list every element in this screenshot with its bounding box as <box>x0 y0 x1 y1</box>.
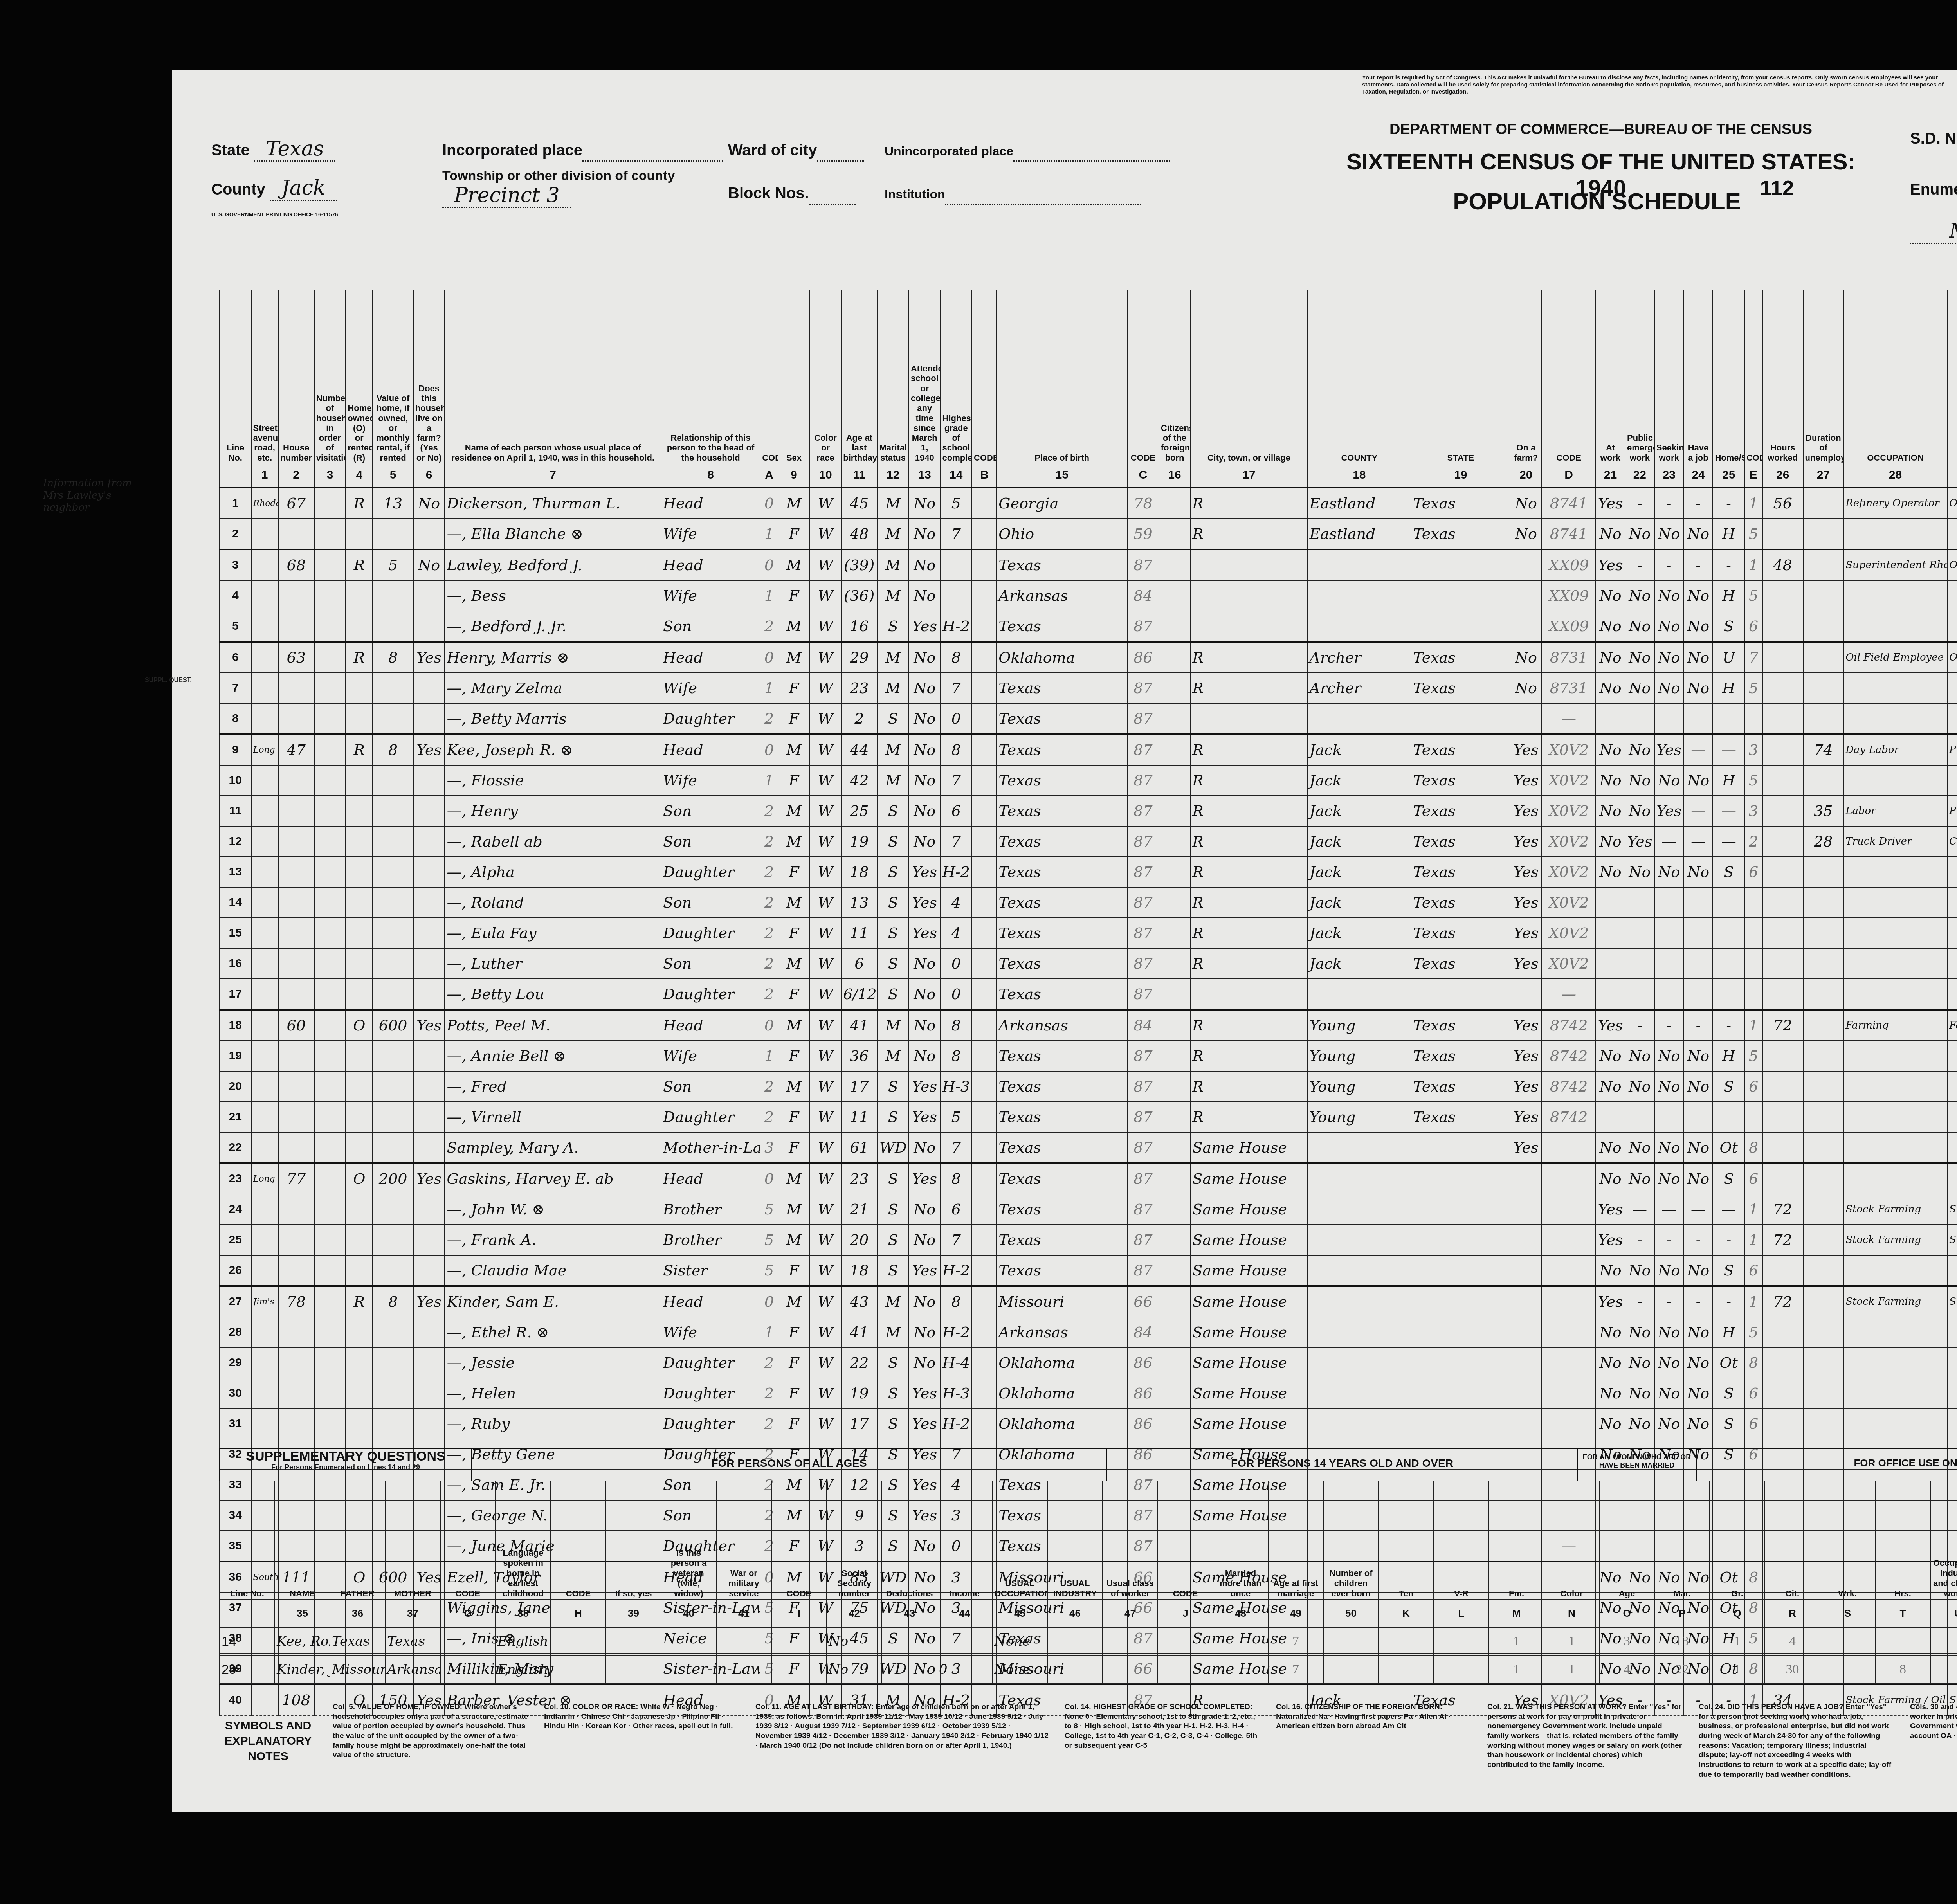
supp-cell-c47 <box>1103 1655 1158 1684</box>
supp-column-header: Color <box>1544 1481 1599 1599</box>
cell-rel: Daughter <box>661 1409 760 1439</box>
schedule-title: POPULATION SCHEDULE <box>1362 188 1832 215</box>
cell-mar: S <box>877 611 909 642</box>
cell-cit <box>1159 1102 1191 1132</box>
cell-dur <box>1803 1071 1844 1102</box>
cell-pub: Yes <box>1625 826 1654 857</box>
census-row: 23Long Hollow Road77O200YesGaskins, Harv… <box>220 1163 1957 1194</box>
cell-grade: H-3 <box>941 1378 972 1409</box>
cell-birth: Texas <box>997 857 1127 887</box>
cell-code: 1 <box>760 519 778 549</box>
cell-code: 2 <box>760 857 778 887</box>
township-field: Township or other division of county Pre… <box>442 168 677 207</box>
cell-seek: No <box>1654 1132 1684 1163</box>
cell-name: —, Fred <box>445 1071 661 1102</box>
cell-race: W <box>810 887 842 918</box>
cell-w: No <box>1596 519 1625 549</box>
cell-visit <box>278 1041 314 1071</box>
cell-ccode: 87 <box>1127 857 1159 887</box>
supp-office-cell <box>1213 1627 1268 1655</box>
cell-visit <box>278 857 314 887</box>
cell-county: Archer <box>1308 673 1411 703</box>
supp-column-header: USUAL INDUSTRY <box>1047 1481 1103 1599</box>
cell-w <box>1596 948 1625 979</box>
cell-race: W <box>810 918 842 948</box>
cell-job <box>1684 918 1713 948</box>
cell-name: Gaskins, Harvey E. ab <box>445 1163 661 1194</box>
cell-oth <box>1713 1102 1744 1132</box>
cell-state: Texas <box>1411 734 1510 765</box>
cell-pub: No <box>1625 1378 1654 1409</box>
supp-cell-lang: English <box>496 1627 551 1655</box>
cell-age: 29 <box>841 642 877 673</box>
cell-age: 11 <box>841 918 877 948</box>
cell-oth: S <box>1713 1255 1744 1286</box>
cell-street <box>251 918 278 948</box>
cell-dcode: XX09 <box>1542 580 1596 611</box>
cell-mar: M <box>877 1010 909 1041</box>
cell-sch: Yes <box>909 611 941 642</box>
cell-w <box>1596 703 1625 734</box>
cell-hrs <box>1762 887 1803 918</box>
cell-age: 23 <box>841 1163 877 1194</box>
cell-ind <box>1947 918 1957 948</box>
cell-mar: S <box>877 1071 909 1102</box>
unincorporated-field: Unincorporated place <box>885 137 1170 160</box>
cell-cit <box>1159 1041 1191 1071</box>
cell-county: Jack <box>1308 948 1411 979</box>
column-header: CODE <box>1127 290 1159 463</box>
column-header: Line No. <box>220 290 251 463</box>
cell-farm: Yes <box>413 1286 445 1317</box>
cell-farm <box>413 1347 445 1378</box>
cell-ind: Public <box>1947 796 1957 826</box>
cell-seek <box>1654 887 1684 918</box>
cell-dcode: 8731 <box>1542 673 1596 703</box>
cell-pub: No <box>1625 796 1654 826</box>
column-number: 4 <box>346 463 373 488</box>
column-number: 5 <box>373 463 413 488</box>
cell-age: 61 <box>841 1132 877 1163</box>
cell-name: Kinder, Sam E. <box>445 1286 661 1317</box>
cell-job: No <box>1684 1409 1713 1439</box>
cell-value <box>373 1255 413 1286</box>
cell-ind <box>1947 1255 1957 1286</box>
cell-w: Yes <box>1596 488 1625 519</box>
cell-oth <box>1713 979 1744 1010</box>
cell-sex: F <box>778 1041 810 1071</box>
cell-f35 <box>1510 580 1542 611</box>
cell-code: 2 <box>760 1071 778 1102</box>
supp-column-number: M <box>1489 1599 1544 1627</box>
supp-column-header: Line No. <box>220 1481 275 1599</box>
cell-value <box>373 796 413 826</box>
cell-dur <box>1803 979 1844 1010</box>
supp-cell-c41 <box>716 1655 771 1684</box>
cell-w: No <box>1596 765 1625 796</box>
column-number <box>220 463 251 488</box>
cell-rel: Head <box>661 549 760 580</box>
cell-county <box>1308 611 1411 642</box>
all-ages-header: FOR PERSONS OF ALL AGES <box>471 1449 1106 1481</box>
cell-line: 22 <box>220 1132 251 1163</box>
cell-county: Jack <box>1308 857 1411 887</box>
cell-dur <box>1803 673 1844 703</box>
cell-sex: F <box>778 519 810 549</box>
cell-rel: Wife <box>661 1317 760 1347</box>
column-header: Number of household in order of visitati… <box>314 290 346 463</box>
cell-farm: Yes <box>413 734 445 765</box>
cell-value <box>373 703 413 734</box>
cell-name: —, John W. ⊗ <box>445 1194 661 1225</box>
cell-line: 2 <box>220 519 251 549</box>
cell-farm <box>413 1194 445 1225</box>
cell-f35: No <box>1510 642 1542 673</box>
cell-seek: No <box>1654 857 1684 887</box>
column-number: 17 <box>1190 463 1307 488</box>
cell-visit <box>278 1071 314 1102</box>
cell-f35: Yes <box>1510 765 1542 796</box>
cell-own <box>346 519 373 549</box>
supp-cell-father: Missouri <box>330 1655 385 1684</box>
census-row: 16—, LutherSon2MW6SNo0Texas87RJackTexasY… <box>220 948 1957 979</box>
cell-bcode <box>972 1163 997 1194</box>
cell-name: Kee, Joseph R. ⊗ <box>445 734 661 765</box>
cell-cit <box>1159 979 1191 1010</box>
cell-own <box>346 1317 373 1347</box>
supp-column-header: CODE <box>440 1481 496 1599</box>
cell-value <box>373 1378 413 1409</box>
cell-city: R <box>1190 918 1307 948</box>
cell-farm: Yes <box>413 1010 445 1041</box>
supp-cell-c44 <box>937 1627 992 1655</box>
cell-farm <box>413 918 445 948</box>
cell-ind <box>1947 1347 1957 1378</box>
cell-visit2 <box>314 918 346 948</box>
cell-rel: Daughter <box>661 1347 760 1378</box>
cell-ind <box>1947 948 1957 979</box>
cell-state <box>1411 1409 1510 1439</box>
cell-state: Texas <box>1411 796 1510 826</box>
cell-job <box>1684 887 1713 918</box>
column-header: Home owned (O) or rented (R) <box>346 290 373 463</box>
cell-line: 28 <box>220 1317 251 1347</box>
cell-name: —, Mary Zelma <box>445 673 661 703</box>
cell-age: 23 <box>841 673 877 703</box>
supp-column-number: 37 <box>385 1599 440 1627</box>
cell-pub: — <box>1625 1194 1654 1225</box>
cell-bcode <box>972 948 997 979</box>
cell-sch: No <box>909 488 941 519</box>
cell-name: Lawley, Bedford J. <box>445 549 661 580</box>
cell-w: No <box>1596 796 1625 826</box>
cell-f35: Yes <box>1510 796 1542 826</box>
cell-w: No <box>1596 1255 1625 1286</box>
cell-ind: Public <box>1947 734 1957 765</box>
cell-sch: Yes <box>909 1409 941 1439</box>
cell-f35 <box>1510 1225 1542 1255</box>
supp-cell-ind <box>1047 1655 1103 1684</box>
cell-mar: M <box>877 642 909 673</box>
cell-value <box>373 673 413 703</box>
supp-column-number: 46 <box>1047 1599 1103 1627</box>
supp-column-header: Married more than once <box>1213 1481 1268 1599</box>
cell-state: Texas <box>1411 826 1510 857</box>
cell-bcode <box>972 1132 997 1163</box>
cell-birth: Oklahoma <box>997 1409 1127 1439</box>
cell-job <box>1684 979 1713 1010</box>
column-number: 13 <box>909 463 941 488</box>
cell-w: No <box>1596 673 1625 703</box>
cell-age: 13 <box>841 887 877 918</box>
cell-sch: No <box>909 1132 941 1163</box>
cell-ccode: 87 <box>1127 1071 1159 1102</box>
cell-grade: 7 <box>941 519 972 549</box>
cell-job: No <box>1684 1255 1713 1286</box>
cell-county <box>1308 549 1411 580</box>
cell-hrs <box>1762 1071 1803 1102</box>
supp-office-cell: 1 <box>1489 1627 1544 1655</box>
cell-seek: — <box>1654 1194 1684 1225</box>
cell-code: 2 <box>760 1347 778 1378</box>
supp-column-header: Fm. <box>1489 1481 1544 1599</box>
cell-occ <box>1843 1163 1947 1194</box>
column-number: 9 <box>778 463 810 488</box>
column-header: INDUSTRY <box>1947 290 1957 463</box>
supp-cell-c39 <box>606 1627 661 1655</box>
cell-mar: S <box>877 1225 909 1255</box>
cell-sch: No <box>909 1347 941 1378</box>
cell-cit <box>1159 948 1191 979</box>
cell-f35 <box>1510 1378 1542 1409</box>
supp-office-cell <box>1323 1627 1379 1655</box>
column-header: Does this household live on a farm? (Yes… <box>413 290 445 463</box>
cell-mar: M <box>877 549 909 580</box>
supp-column-number: I <box>771 1599 827 1627</box>
cell-code: 0 <box>760 1286 778 1317</box>
column-header: Citizenship of the foreign born <box>1159 290 1191 463</box>
census-row: 17—, Betty LouDaughter2FW6/12SNo0Texas87… <box>220 979 1957 1010</box>
cell-cit <box>1159 1317 1191 1347</box>
cell-dur <box>1803 948 1844 979</box>
cell-line: 8 <box>220 703 251 734</box>
cell-birth: Texas <box>997 1255 1127 1286</box>
cell-sex: M <box>778 642 810 673</box>
cell-oth <box>1713 918 1744 948</box>
cell-own <box>346 796 373 826</box>
cell-state: Texas <box>1411 519 1510 549</box>
cell-line: 24 <box>220 1194 251 1225</box>
cell-grade: 7 <box>941 826 972 857</box>
cell-sch: No <box>909 642 941 673</box>
column-number: 1 <box>251 463 278 488</box>
cell-bcode <box>972 1225 997 1255</box>
cell-sch: No <box>909 1225 941 1255</box>
state-field: State Texas <box>211 137 335 160</box>
cell-pub: No <box>1625 580 1654 611</box>
cell-ccode: 86 <box>1127 1378 1159 1409</box>
cell-county <box>1308 703 1411 734</box>
cell-dcode <box>1542 1378 1596 1409</box>
cell-ecode: 2 <box>1744 826 1762 857</box>
cell-farm <box>413 1225 445 1255</box>
cell-rel: Mother-in-Law <box>661 1132 760 1163</box>
cell-ecode <box>1744 918 1762 948</box>
cell-cit <box>1159 1132 1191 1163</box>
enumerated-field: Enumerated by me on April 23-26, 1940. <box>1910 176 1957 200</box>
cell-f35: Yes <box>1510 1132 1542 1163</box>
cell-street <box>251 1194 278 1225</box>
cell-occ: Farming <box>1843 1010 1947 1041</box>
column-header: Home/School/Unable/Other <box>1713 290 1744 463</box>
cell-farm <box>413 765 445 796</box>
cell-job <box>1684 703 1713 734</box>
cell-mar: M <box>877 673 909 703</box>
cell-bcode <box>972 1071 997 1102</box>
cell-state: Texas <box>1411 948 1510 979</box>
column-header: Place of birth <box>997 290 1127 463</box>
cell-f35 <box>1510 1194 1542 1225</box>
cell-value <box>373 1194 413 1225</box>
cell-occ: Stock Farming <box>1843 1225 1947 1255</box>
cell-name: —, Flossie <box>445 765 661 796</box>
cell-rel: Son <box>661 887 760 918</box>
cell-value: 8 <box>373 734 413 765</box>
census-row: 1860O600YesPotts, Peel M.Head0MW41MNo8Ar… <box>220 1010 1957 1041</box>
census-row: 11—, HenrySon2MW25SNo6Texas87RJackTexasY… <box>220 796 1957 826</box>
cell-dur <box>1803 887 1844 918</box>
cell-occ <box>1843 1071 1947 1102</box>
supp-column-number: 38 <box>496 1599 551 1627</box>
cell-birth: Texas <box>997 1132 1127 1163</box>
column-number: 12 <box>877 463 909 488</box>
cell-city: Same House <box>1190 1378 1307 1409</box>
cell-mar: S <box>877 1378 909 1409</box>
cell-street <box>251 611 278 642</box>
cell-name: —, Henry <box>445 796 661 826</box>
cell-ecode <box>1744 948 1762 979</box>
cell-ccode: 86 <box>1127 1409 1159 1439</box>
cell-ccode: 87 <box>1127 826 1159 857</box>
cell-cit <box>1159 796 1191 826</box>
cell-ccode: 87 <box>1127 765 1159 796</box>
cell-name: —, Eula Fay <box>445 918 661 948</box>
cell-f35: No <box>1510 519 1542 549</box>
supp-column-number: 44 <box>937 1599 992 1627</box>
supp-column-header: Age at first marriage <box>1268 1481 1323 1599</box>
cell-job: - <box>1684 488 1713 519</box>
incorporated-place-field: Incorporated place <box>442 137 723 160</box>
supp-office-cell: 1 <box>1544 1655 1599 1684</box>
county-field: County Jack <box>211 176 337 200</box>
cell-job: - <box>1684 1286 1713 1317</box>
cell-line: 4 <box>220 580 251 611</box>
cell-rel: Head <box>661 642 760 673</box>
cell-pub: No <box>1625 1132 1654 1163</box>
cell-dur <box>1803 1041 1844 1071</box>
supp-office-cell <box>1213 1655 1268 1684</box>
cell-line: 12 <box>220 826 251 857</box>
cell-line: 13 <box>220 857 251 887</box>
cell-ecode: 3 <box>1744 734 1762 765</box>
cell-sch: Yes <box>909 918 941 948</box>
cell-visit2 <box>314 948 346 979</box>
supp-column-header: V-R <box>1434 1481 1489 1599</box>
cell-ind: Oil Industry <box>1947 549 1957 580</box>
cell-race: W <box>810 1347 842 1378</box>
cell-birth: Texas <box>997 673 1127 703</box>
supp-office-cell: 7 <box>1268 1627 1323 1655</box>
cell-grade: 6 <box>941 1194 972 1225</box>
cell-occ <box>1843 580 1947 611</box>
cell-own <box>346 1225 373 1255</box>
cell-county <box>1308 1378 1411 1409</box>
cell-hrs: 72 <box>1762 1225 1803 1255</box>
cell-own <box>346 857 373 887</box>
cell-age: 2 <box>841 703 877 734</box>
cell-birth: Texas <box>997 1102 1127 1132</box>
cell-dcode: 8741 <box>1542 519 1596 549</box>
cell-county <box>1308 1194 1411 1225</box>
supp-column-header: Mar. <box>1654 1481 1710 1599</box>
cell-county: Young <box>1308 1010 1411 1041</box>
note-col14: Col. 14. HIGHEST GRADE OF SCHOOL COMPLET… <box>1065 1702 1260 1804</box>
cell-county: Eastland <box>1308 519 1411 549</box>
cell-sex: M <box>778 948 810 979</box>
cell-job: - <box>1684 1010 1713 1041</box>
cell-own <box>346 1378 373 1409</box>
cell-visit2 <box>314 796 346 826</box>
cell-grade: H-4 <box>941 1347 972 1378</box>
supp-column-number: N <box>1544 1599 1599 1627</box>
cell-street <box>251 1409 278 1439</box>
cell-ind <box>1947 1317 1957 1347</box>
cell-ind <box>1947 765 1957 796</box>
cell-value <box>373 1317 413 1347</box>
cell-job: No <box>1684 1317 1713 1347</box>
census-row: 24—, John W. ⊗Brother5MW21SNo6Texas87Sam… <box>220 1194 1957 1225</box>
supp-column-number: 50 <box>1323 1599 1379 1627</box>
cell-code: 2 <box>760 826 778 857</box>
enumerator-field: Marie E. Roper, Enumerator. <box>1910 219 1957 243</box>
cell-bcode <box>972 1347 997 1378</box>
census-row: 12—, Rabell abSon2MW19SNo7Texas87RJackTe… <box>220 826 1957 857</box>
cell-hrs <box>1762 1378 1803 1409</box>
cell-grade: 8 <box>941 734 972 765</box>
cell-farm <box>413 948 445 979</box>
cell-visit2 <box>314 549 346 580</box>
column-number: 16 <box>1159 463 1191 488</box>
cell-race: W <box>810 1163 842 1194</box>
cell-f35 <box>1510 1163 1542 1194</box>
cell-job: — <box>1684 1194 1713 1225</box>
cell-oth: — <box>1713 826 1744 857</box>
cell-age: 6 <box>841 948 877 979</box>
cell-line: 18 <box>220 1010 251 1041</box>
cell-bcode <box>972 796 997 826</box>
cell-ecode <box>1744 703 1762 734</box>
cell-hrs <box>1762 1317 1803 1347</box>
cell-seek <box>1654 948 1684 979</box>
cell-age: (39) <box>841 549 877 580</box>
census-row: 2—, Ella Blanche ⊗Wife1FW48MNo7Ohio59REa… <box>220 519 1957 549</box>
cell-w <box>1596 887 1625 918</box>
note-col11: Col. 11. AGE AT LAST BIRTHDAY: Enter age… <box>755 1702 1049 1804</box>
cell-occ: Refinery Operator <box>1843 488 1947 519</box>
cell-county <box>1308 1286 1411 1317</box>
supp-office-cell <box>1434 1655 1489 1684</box>
cell-county: Young <box>1308 1102 1411 1132</box>
